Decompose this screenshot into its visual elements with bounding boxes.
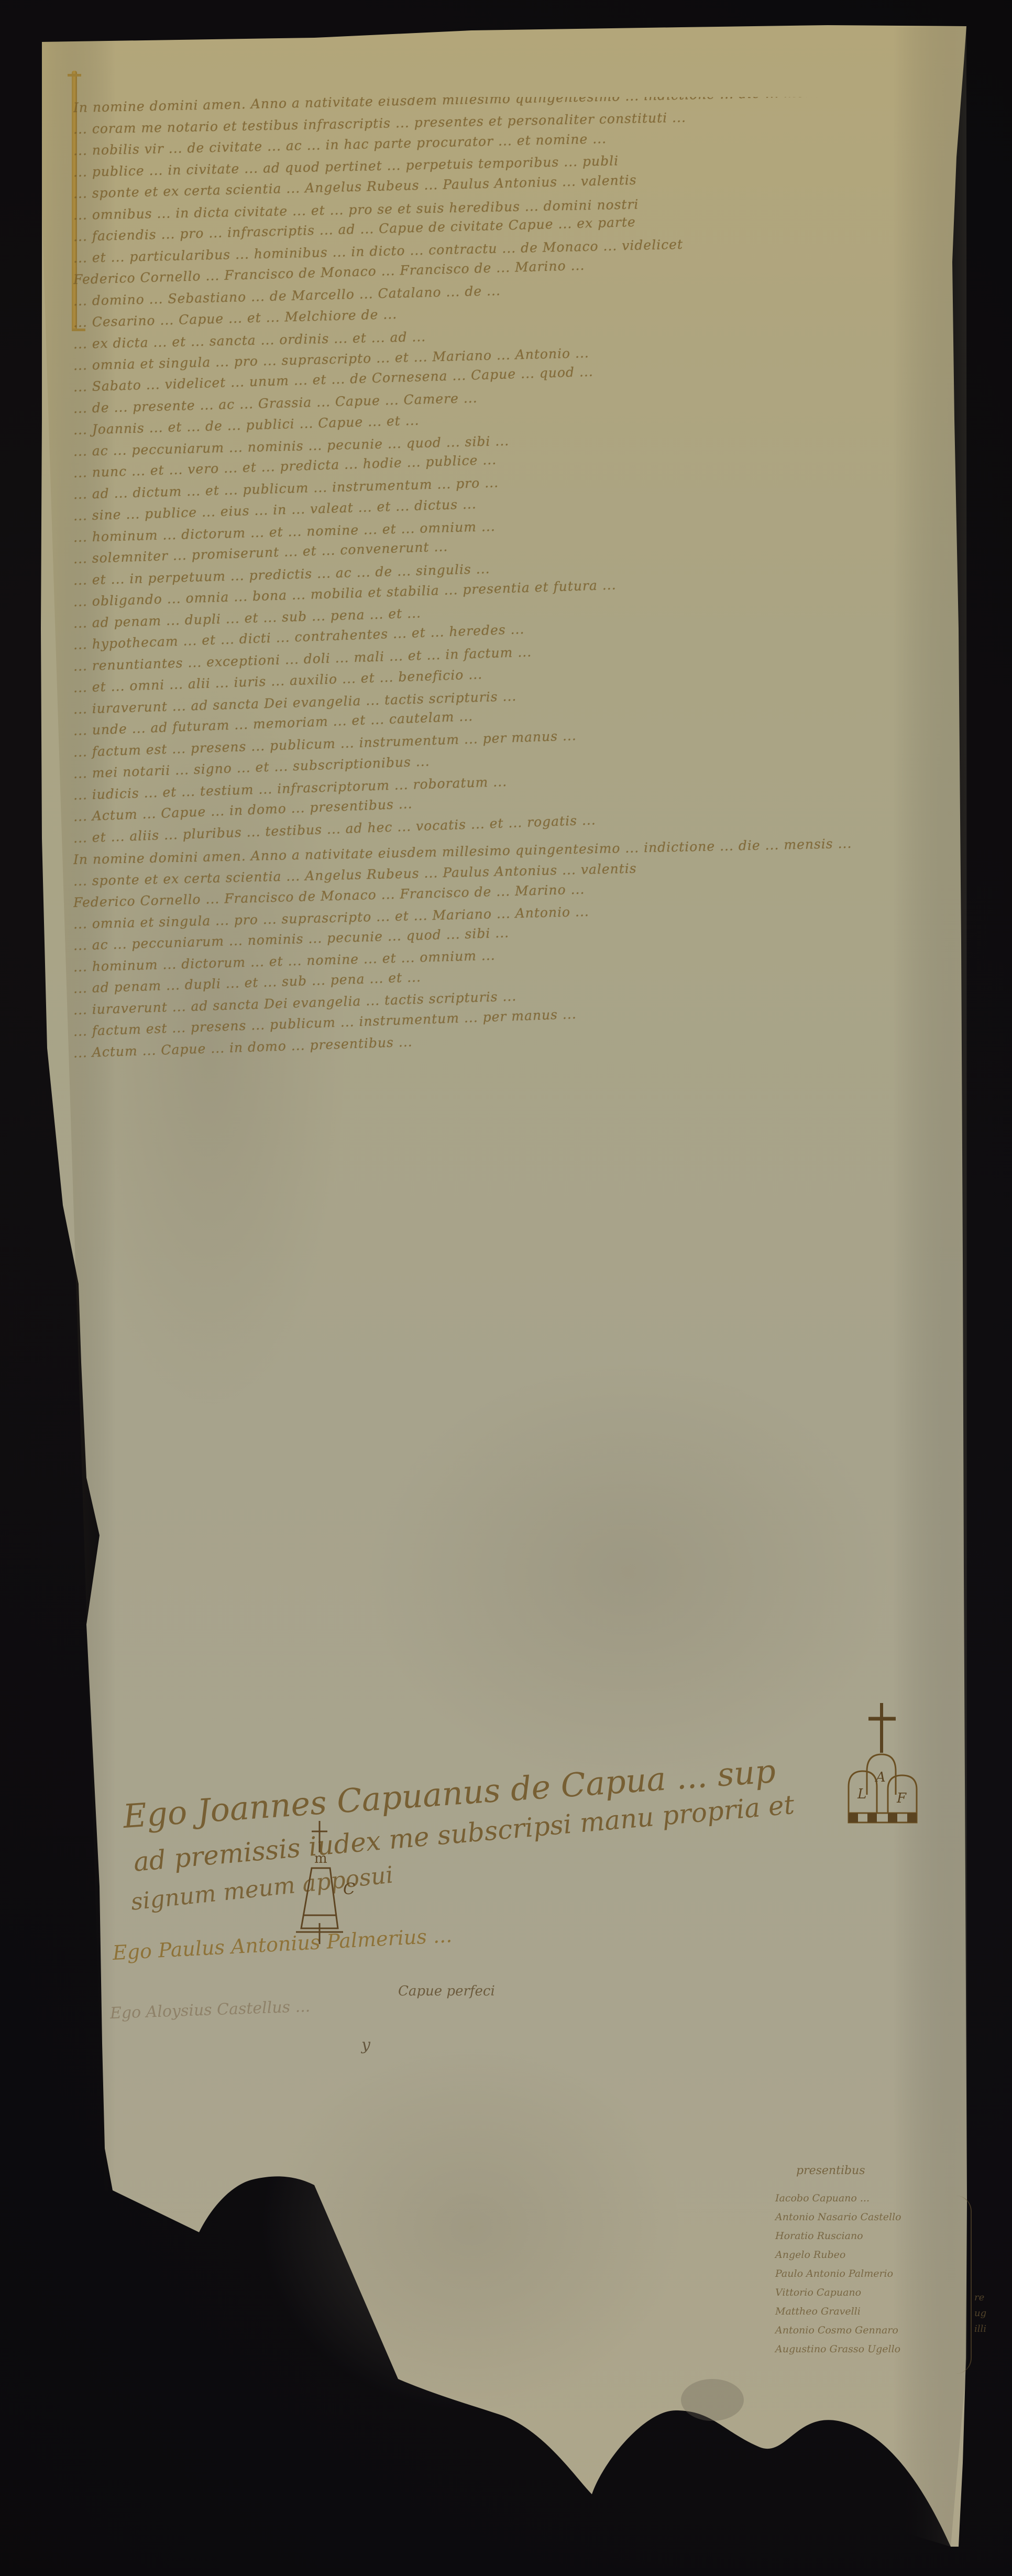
witness-list-heading: presentibus [796,2164,964,2177]
side-mark: ug [974,2306,986,2321]
witness-item: Horatio Rusciano [775,2226,964,2245]
document-body: In nomine domini amen. Anno a nativitate… [73,97,938,1774]
witness-item: Antonio Nasario Castello [775,2208,964,2226]
triple-arch-signum-icon: L A F [838,1703,932,1834]
witness-item: Paulo Antonio Palmerio [775,2264,964,2283]
svg-text:L: L [857,1786,866,1802]
side-mark: illi [974,2321,986,2337]
stray-ink-mark: y [361,2036,370,2054]
witness-item: Vittorio Capuano [775,2283,964,2302]
svg-text:A: A [875,1770,886,1785]
witness-item: Iacobo Capuano ... [775,2189,964,2208]
witness-item: Angelo Rubeo [775,2245,964,2264]
svg-text:F: F [896,1791,907,1806]
notary-signum-icon: m C [291,1821,364,1947]
notary-note: Capue perfeci [398,1983,495,1999]
witness-item: Antonio Cosmo Gennaro [775,2321,964,2340]
witness-item: Mattheo Gravelli [775,2302,964,2321]
side-mark: re [974,2290,986,2306]
witness-side-marks: re ug illi [974,2290,986,2337]
svg-text:C: C [343,1880,355,1898]
witness-item: Augustino Grasso Ugello [775,2340,964,2359]
witness-list: presentibus Iacobo Capuano ... Antonio N… [775,2164,964,2359]
svg-text:m: m [314,1851,327,1866]
witness-brace-mark [956,2196,972,2374]
